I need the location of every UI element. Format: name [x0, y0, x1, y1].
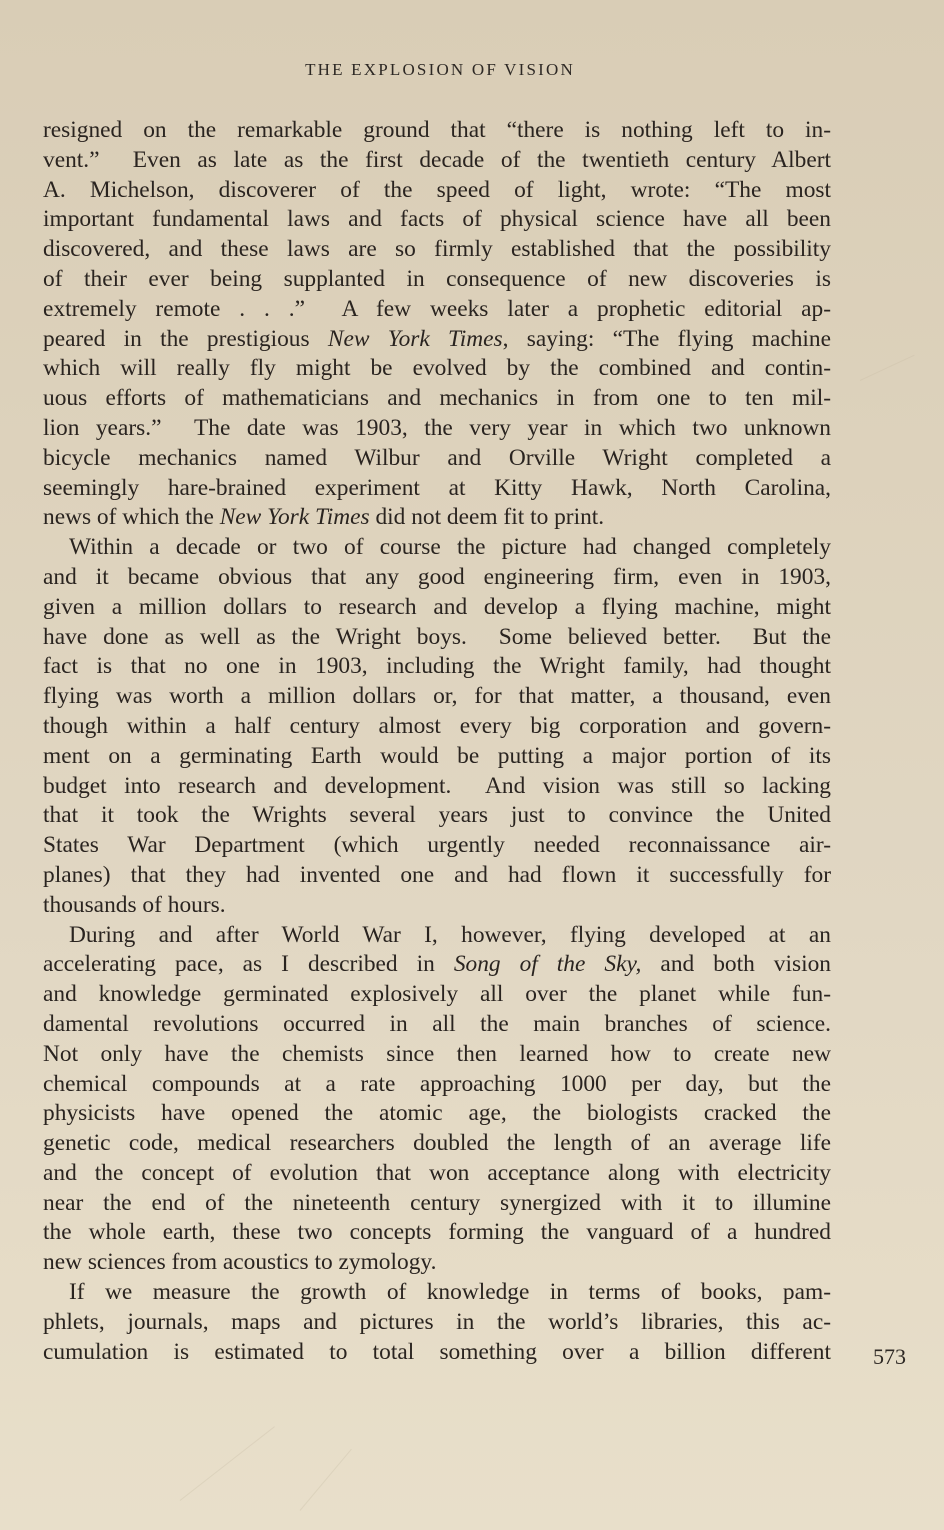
text-line: fact is that no one in 1903, including t…: [43, 652, 831, 682]
text-run: uous efforts of mathematicians and mecha…: [43, 385, 831, 411]
text-line: and the concept of evolution that won ac…: [43, 1159, 831, 1189]
text-run: though within a half century almost ever…: [43, 713, 831, 739]
text-line: A. Michelson, discoverer of the speed of…: [43, 176, 831, 206]
text-line: important fundamental laws and facts of …: [43, 205, 831, 235]
text-line: lion years.” The date was 1903, the very…: [43, 414, 831, 444]
text-line: seemingly hare-brained experiment at Kit…: [43, 474, 831, 504]
italic-title: New York Times: [328, 326, 503, 352]
text-line: new sciences from acoustics to zymology.: [43, 1248, 831, 1278]
text-run: which will really fly might be evolved b…: [43, 355, 831, 381]
text-line: States War Department (which urgently ne…: [43, 831, 831, 861]
text-run: have done as well as the Wright boys. So…: [43, 624, 831, 650]
text-run: seemingly hare-brained experiment at Kit…: [43, 475, 831, 501]
text-run: fact is that no one in 1903, including t…: [43, 653, 831, 679]
text-run: phlets, journals, maps and pictures in t…: [43, 1309, 831, 1335]
text-line: and knowledge germinated explosively all…: [43, 980, 831, 1010]
text-line: have done as well as the Wright boys. So…: [43, 623, 831, 653]
text-run: planes) that they had invented one and h…: [43, 862, 831, 888]
text-line: thousands of hours.: [43, 891, 831, 921]
paragraph: During and after World War I, however, f…: [43, 921, 831, 1279]
text-line: If we measure the growth of knowledge in…: [43, 1278, 831, 1308]
text-run: and knowledge germinated explosively all…: [43, 981, 831, 1007]
text-line: bicycle mechanics named Wilbur and Orvil…: [43, 444, 831, 474]
text-run: of their ever being supplanted in conseq…: [43, 266, 831, 292]
text-line: Within a decade or two of course the pic…: [43, 533, 831, 563]
text-line: accelerating pace, as I described in Son…: [43, 950, 831, 980]
text-run: cumulation is estimated to total somethi…: [43, 1339, 831, 1365]
text-run: near the end of the nineteenth century s…: [43, 1190, 831, 1216]
book-page: THE EXPLOSION OF VISION resigned on the …: [0, 0, 944, 1530]
text-run: peared in the prestigious: [43, 326, 328, 352]
text-run: that it took the Wrights several years j…: [43, 802, 831, 828]
text-line: cumulation is estimated to total somethi…: [43, 1338, 831, 1368]
text-run: and it became obvious that any good engi…: [43, 564, 831, 590]
text-run: discovered, and these laws are so firmly…: [43, 236, 831, 262]
italic-title: New York Times: [220, 504, 370, 530]
text-run: accelerating pace, as I described in: [43, 951, 454, 977]
text-line: the whole earth, these two concepts form…: [43, 1218, 831, 1248]
text-line: damental revolutions occurred in all the…: [43, 1010, 831, 1040]
text-line: extremely remote . . .” A few weeks late…: [43, 295, 831, 325]
text-run: budget into research and development. An…: [43, 773, 831, 799]
text-line: peared in the prestigious New York Times…: [43, 325, 831, 355]
page-number: 573: [873, 1344, 906, 1370]
text-line: physicists have opened the atomic age, t…: [43, 1099, 831, 1129]
paragraph: resigned on the remarkable ground that “…: [43, 116, 831, 533]
italic-title: Song of the Sky,: [454, 951, 642, 977]
text-run: thousands of hours.: [43, 892, 226, 918]
text-run: new sciences from acoustics to zymology.: [43, 1249, 436, 1275]
text-line: uous efforts of mathematicians and mecha…: [43, 384, 831, 414]
text-run: States War Department (which urgently ne…: [43, 832, 831, 858]
text-line: and it became obvious that any good engi…: [43, 563, 831, 593]
text-line: discovered, and these laws are so firmly…: [43, 235, 831, 265]
text-run: the whole earth, these two concepts form…: [43, 1219, 831, 1245]
text-run: If we measure the growth of knowledge in…: [69, 1279, 831, 1305]
text-line: During and after World War I, however, f…: [43, 921, 831, 951]
text-run: did not deem fit to print.: [370, 504, 605, 530]
text-line: budget into research and development. An…: [43, 772, 831, 802]
text-run: important fundamental laws and facts of …: [43, 206, 831, 232]
text-run: ment on a germinating Earth would be put…: [43, 743, 831, 769]
text-line: near the end of the nineteenth century s…: [43, 1189, 831, 1219]
text-line: which will really fly might be evolved b…: [43, 354, 831, 384]
text-line: chemical compounds at a rate approaching…: [43, 1070, 831, 1100]
text-line: planes) that they had invented one and h…: [43, 861, 831, 891]
text-run: and the concept of evolution that won ac…: [43, 1160, 831, 1186]
text-line: given a million dollars to research and …: [43, 593, 831, 623]
text-line: genetic code, medical researchers double…: [43, 1129, 831, 1159]
text-line: vent.” Even as late as the first decade …: [43, 146, 831, 176]
text-line: Not only have the chemists since then le…: [43, 1040, 831, 1070]
paper-scuff: [300, 1449, 352, 1511]
paper-scuff: [180, 1426, 275, 1501]
text-line: news of which the New York Times did not…: [43, 503, 831, 533]
text-line: ment on a germinating Earth would be put…: [43, 742, 831, 772]
text-run: A. Michelson, discoverer of the speed of…: [43, 177, 831, 203]
text-run: given a million dollars to research and …: [43, 594, 831, 620]
text-run: During and after World War I, however, f…: [69, 922, 831, 948]
text-run: , saying: “The flying machine: [503, 326, 831, 352]
text-run: news of which the: [43, 504, 220, 530]
text-line: resigned on the remarkable ground that “…: [43, 116, 831, 146]
text-line: flying was worth a million dollars or, f…: [43, 682, 831, 712]
text-run: Within a decade or two of course the pic…: [69, 534, 831, 560]
text-run: and both vision: [641, 951, 831, 977]
text-run: physicists have opened the atomic age, t…: [43, 1100, 831, 1126]
text-line: that it took the Wrights several years j…: [43, 801, 831, 831]
text-run: vent.” Even as late as the first decade …: [43, 147, 831, 173]
text-run: extremely remote . . .” A few weeks late…: [43, 296, 831, 322]
text-line: of their ever being supplanted in conseq…: [43, 265, 831, 295]
text-run: bicycle mechanics named Wilbur and Orvil…: [43, 445, 831, 471]
text-run: lion years.” The date was 1903, the very…: [43, 415, 831, 441]
text-run: genetic code, medical researchers double…: [43, 1130, 831, 1156]
text-line: phlets, journals, maps and pictures in t…: [43, 1308, 831, 1338]
text-run: chemical compounds at a rate approaching…: [43, 1071, 831, 1097]
text-run: damental revolutions occurred in all the…: [43, 1011, 831, 1037]
paragraph: If we measure the growth of knowledge in…: [43, 1278, 831, 1367]
running-header: THE EXPLOSION OF VISION: [0, 60, 880, 80]
text-run: resigned on the remarkable ground that “…: [43, 117, 831, 143]
paper-scuff: [860, 355, 915, 381]
text-run: flying was worth a million dollars or, f…: [43, 683, 831, 709]
body-text: resigned on the remarkable ground that “…: [43, 116, 831, 1367]
text-line: though within a half century almost ever…: [43, 712, 831, 742]
paragraph: Within a decade or two of course the pic…: [43, 533, 831, 920]
text-run: Not only have the chemists since then le…: [43, 1041, 831, 1067]
